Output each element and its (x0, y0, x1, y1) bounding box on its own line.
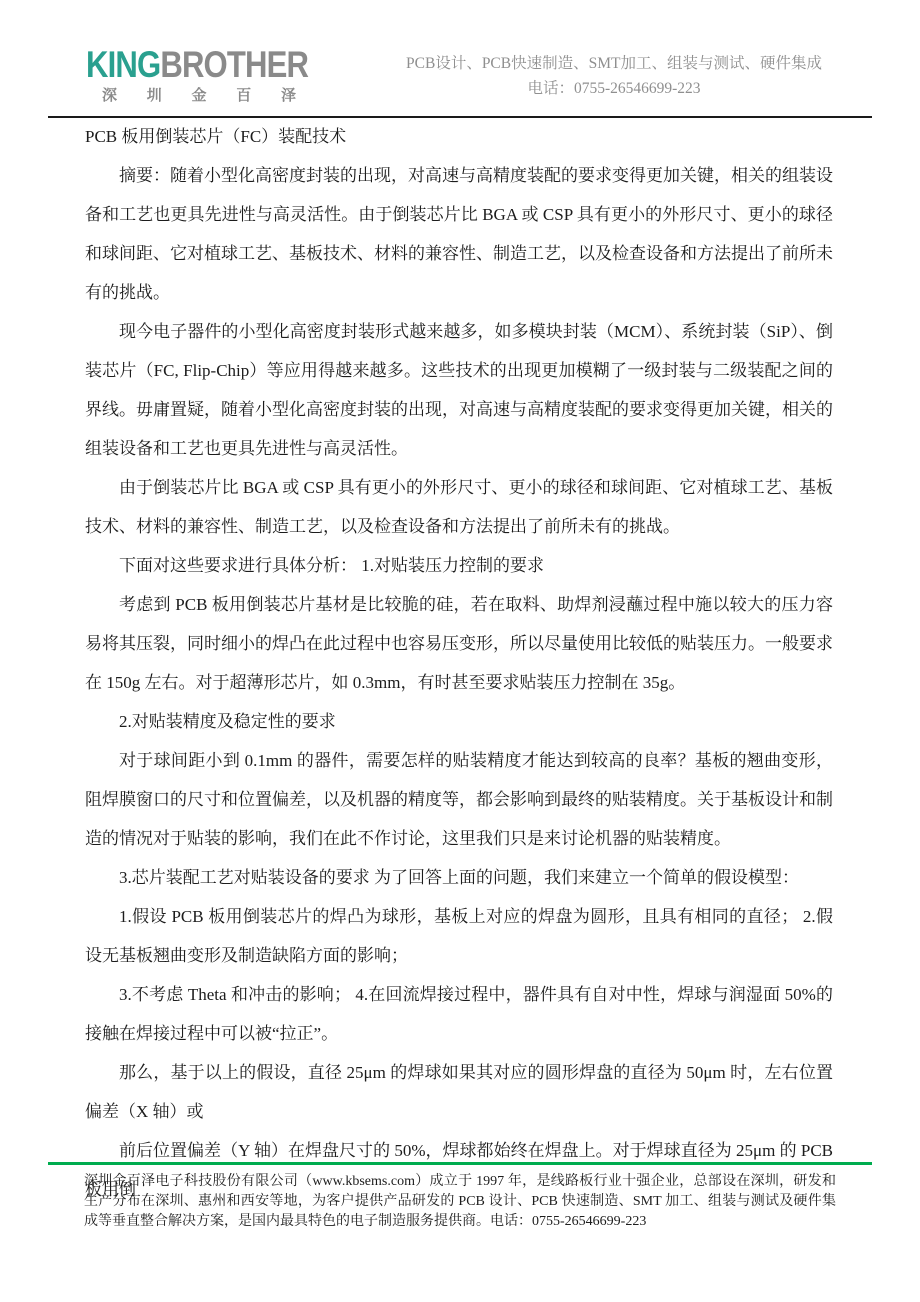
article-title: PCB 板用倒装芯片（FC）装配技术 (85, 117, 833, 156)
footer-company-info: 深圳金百泽电子科技股份有限公司（www.kbsems.com）成立于 1997 … (84, 1172, 836, 1232)
tagline-services: PCB设计、PCB快速制造、SMT加工、组装与测试、硬件集成 (356, 51, 872, 76)
article-paragraph: 考虑到 PCB 板用倒装芯片基材是比较脆的硅，若在取料、助焊剂浸蘸过程中施以较大… (85, 585, 833, 702)
header-tagline: PCB设计、PCB快速制造、SMT加工、组装与测试、硬件集成 电话：0755-2… (346, 46, 872, 101)
page-header: KINGBROTHER 深 圳 金 百 泽 PCB设计、PCB快速制造、SMT加… (86, 46, 872, 105)
page-footer: 深圳金百泽电子科技股份有限公司（www.kbsems.com）成立于 1997 … (84, 1172, 836, 1232)
footer-divider (48, 1162, 872, 1165)
article-paragraph: 1.假设 PCB 板用倒装芯片的焊凸为球形，基板上对应的焊盘为圆形，且具有相同的… (85, 897, 833, 975)
article-body: PCB 板用倒装芯片（FC）装配技术 摘要：随着小型化高密度封装的出现，对高速与… (85, 117, 833, 1209)
article-paragraph: 那么，基于以上的假设，直径 25μm 的焊球如果其对应的圆形焊盘的直径为 50μ… (85, 1053, 833, 1131)
article-paragraph: 对于球间距小到 0.1mm 的器件，需要怎样的贴装精度才能达到较高的良率？基板的… (85, 741, 833, 858)
logo-text-king: KING (86, 44, 160, 85)
article-paragraph: 3.芯片装配工艺对贴装设备的要求 为了回答上面的问题，我们来建立一个简单的假设模… (85, 858, 833, 897)
logo-subtitle: 深 圳 金 百 泽 (86, 87, 346, 105)
article-paragraph: 摘要：随着小型化高密度封装的出现，对高速与高精度装配的要求变得更加关键，相关的组… (85, 156, 833, 312)
article-paragraph: 现今电子器件的小型化高密度封装形式越来越多，如多模块封装（MCM）、系统封装（S… (85, 312, 833, 468)
document-page: KINGBROTHER 深 圳 金 百 泽 PCB设计、PCB快速制造、SMT加… (0, 0, 920, 1302)
article-paragraphs: 摘要：随着小型化高密度封装的出现，对高速与高精度装配的要求变得更加关键，相关的组… (85, 156, 833, 1209)
logo-wordmark: KINGBROTHER (86, 46, 304, 84)
kingbrother-logo: KINGBROTHER 深 圳 金 百 泽 (86, 46, 346, 105)
article-paragraph: 下面对这些要求进行具体分析： 1.对贴装压力控制的要求 (85, 546, 833, 585)
logo-text-brother: BROTHER (160, 44, 308, 85)
article-paragraph: 由于倒装芯片比 BGA 或 CSP 具有更小的外形尺寸、更小的球径和球间距、它对… (85, 468, 833, 546)
article-paragraph: 3.不考虑 Theta 和冲击的影响； 4.在回流焊接过程中，器件具有自对中性，… (85, 975, 833, 1053)
tagline-phone: 电话：0755-26546699-223 (356, 76, 872, 101)
article-paragraph: 2.对贴装精度及稳定性的要求 (85, 702, 833, 741)
